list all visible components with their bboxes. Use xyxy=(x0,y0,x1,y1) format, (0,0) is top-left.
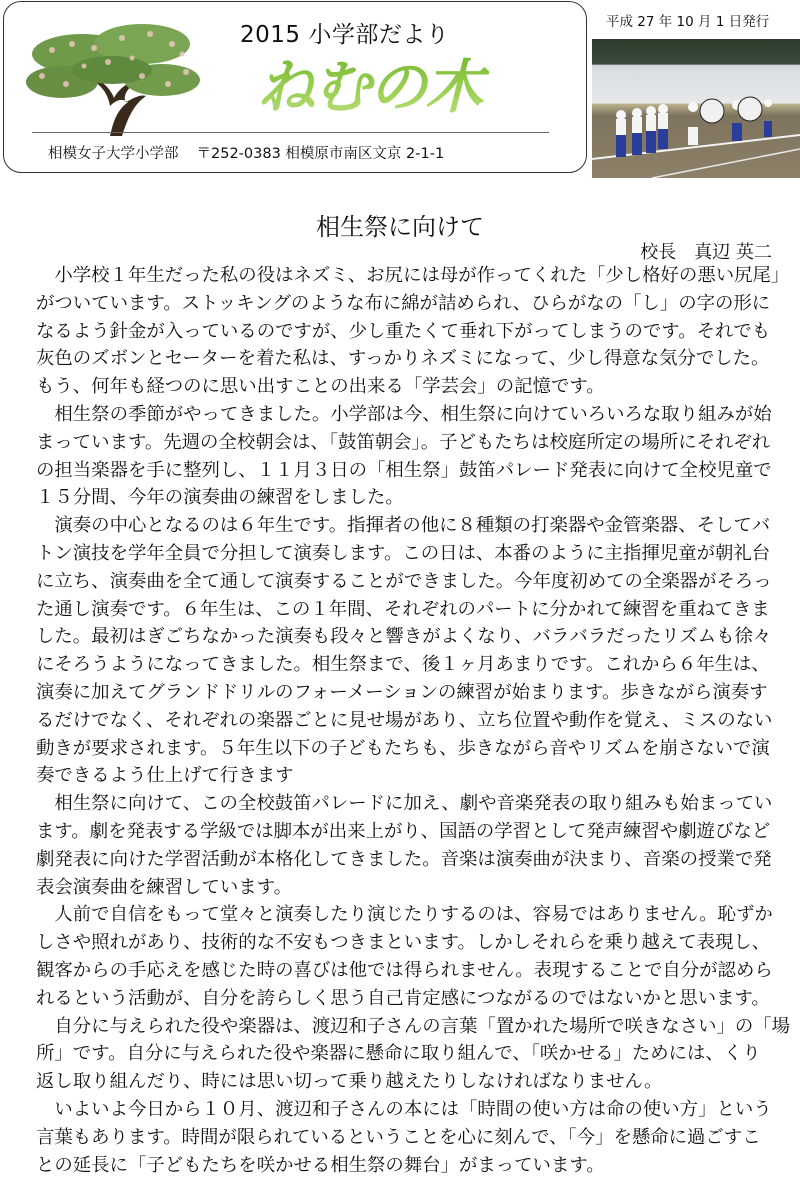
body-line: 観客からの手応えを感じた時の喜びは他では得られません。表現することで自分が認めら xyxy=(36,957,786,985)
body-line: 自分に与えられた役や楽器は、渡辺和子さんの言葉「置かれた場所で咲きなさい」の「場 xyxy=(36,1013,786,1041)
body-line: 灰色のズボンとセーターを着た私は、すっかりネズミになって、少し得意な気分でした。 xyxy=(36,345,786,373)
body-line: １５分間、今年の演奏曲の練習をしました。 xyxy=(36,484,786,512)
body-line: 劇発表に向けた学習活動が本格化してきました。音楽は演奏曲が決まり、音楽の授業で発 xyxy=(36,846,786,874)
issue-title: 2015 小学部だより xyxy=(240,16,510,49)
body-line: た通し演奏です。６年生は、この１年間、それぞれのパートに分かれて練習を重ねてきま xyxy=(36,596,786,624)
body-line: まっています。先週の全校朝会は、「鼓笛朝会」。子どもたちは校庭所定の場所にそれぞ… xyxy=(36,429,786,457)
body-line: した。最初はぎごちなかった演奏も段々と響きがよくなり、バラバラだったリズムも徐々 xyxy=(36,623,786,651)
body-line: 人前で自信をもって堂々と演奏したり演じたりするのは、容易ではありません。恥ずか xyxy=(36,901,786,929)
band-practice-photo xyxy=(592,39,800,178)
article-title: 相生祭に向けて xyxy=(0,207,800,242)
body-line: しさや照れがあり、技術的な不安もつきまといます。しかしそれらを乗り越えて表現し、 xyxy=(36,929,786,957)
body-line: トン演技を学年全員で分担して演奏します。この日は、本番のように主指揮児童が朝礼台 xyxy=(36,540,786,568)
body-line: 所」です。自分に与えられた役や楽器に懸命に取り組んで、「咲かせる」ためには、くり xyxy=(36,1040,786,1068)
issue-date: 平成 27 年 10 月 1 日発行 xyxy=(606,10,769,30)
newsletter-logo: ねむの木 xyxy=(249,48,489,128)
school-address: 相模女子大学小学部〒252-0383 相模原市南区文京 2-1-1 xyxy=(48,142,444,163)
body-line: るだけでなく、それぞれの楽器ごとに見せ場があり、立ち位置や動作を覚え、ミスのない xyxy=(36,707,786,735)
body-line: 小学校１年生だった私の役はネズミ、お尻には母が作ってくれた「少し格好の悪い尻尾」 xyxy=(36,262,786,290)
header-divider xyxy=(32,132,549,133)
body-line: ます。劇を発表する学級では脚本が出来上がり、国語の学習として発声練習や劇遊びなど xyxy=(36,818,786,846)
article-body: 小学校１年生だった私の役はネズミ、お尻には母が作ってくれた「少し格好の悪い尻尾」… xyxy=(36,262,786,1179)
article-byline: 校長真辺 英二 xyxy=(640,238,772,264)
body-line: 奏できるよう仕上げて行きます xyxy=(36,762,786,790)
body-line: との延長に「子どもたちを咲かせる相生祭の舞台」がまっています。 xyxy=(36,1152,786,1180)
body-line: 返し取り組んだり、時には思い切って乗り越えたりしなければなりません。 xyxy=(36,1068,786,1096)
body-line: の担当楽器を手に整列し、１１月３日の「相生祭」鼓笛パレード発表に向けて全校児童で xyxy=(36,457,786,485)
body-line: 言葉もあります。時間が限られているということを心に刻んで、「今」を懸命に過ごすこ xyxy=(36,1124,786,1152)
body-line: もう、何年も経つのに思い出すことの出来る「学芸会」の記憶です。 xyxy=(36,373,786,401)
silk-tree-image xyxy=(22,14,202,136)
body-line: なるよう針金が入っているのですが、少し重たくて垂れ下がってしまうのです。それでも xyxy=(36,318,786,346)
body-line: れるという活動が、自分を誇らしく思う自己肯定感につながるのではないかと思います。 xyxy=(36,985,786,1013)
postal-address: 〒252-0383 相模原市南区文京 2-1-1 xyxy=(197,146,445,162)
body-line: 動きが要求されます。５年生以下の子どもたちも、歩きながら音やリズムを崩さないで演 xyxy=(36,735,786,763)
masthead-box: 2015 小学部だより ねむの木 相模女子大学小学部〒252-0383 相模原市… xyxy=(3,1,587,173)
school-name: 相模女子大学小学部 xyxy=(48,146,179,162)
body-line: にそろうようになってきました。相生祭まで、後１ヶ月あまりです。これから６年生は、 xyxy=(36,651,786,679)
body-line: 表会演奏曲を練習しています。 xyxy=(36,874,786,902)
body-line: に立ち、演奏曲を全て通して演奏することができました。今年度初めての全楽器がそろっ xyxy=(36,568,786,596)
body-line: がついています。ストッキングのような布に綿が詰められ、ひらがなの「し」の字の形に xyxy=(36,290,786,318)
body-line: 相生祭の季節がやってきました。小学部は今、相生祭に向けていろいろな取り組みが始 xyxy=(36,401,786,429)
body-line: 演奏に加えてグランドドリルのフォーメーションの練習が始まります。歩きながら演奏す xyxy=(36,679,786,707)
body-line: 相生祭に向けて、この全校鼓笛パレードに加え、劇や音楽発表の取り組みも始まってい xyxy=(36,790,786,818)
byline-name: 真辺 英二 xyxy=(694,242,772,263)
body-line: 演奏の中心となるのは６年生です。指揮者の他に８種類の打楽器や金管楽器、そしてバ xyxy=(36,512,786,540)
body-line: いよいよ今日から１０月、渡辺和子さんの本には「時間の使い方は命の使い方」という xyxy=(36,1096,786,1124)
byline-role: 校長 xyxy=(640,242,676,263)
